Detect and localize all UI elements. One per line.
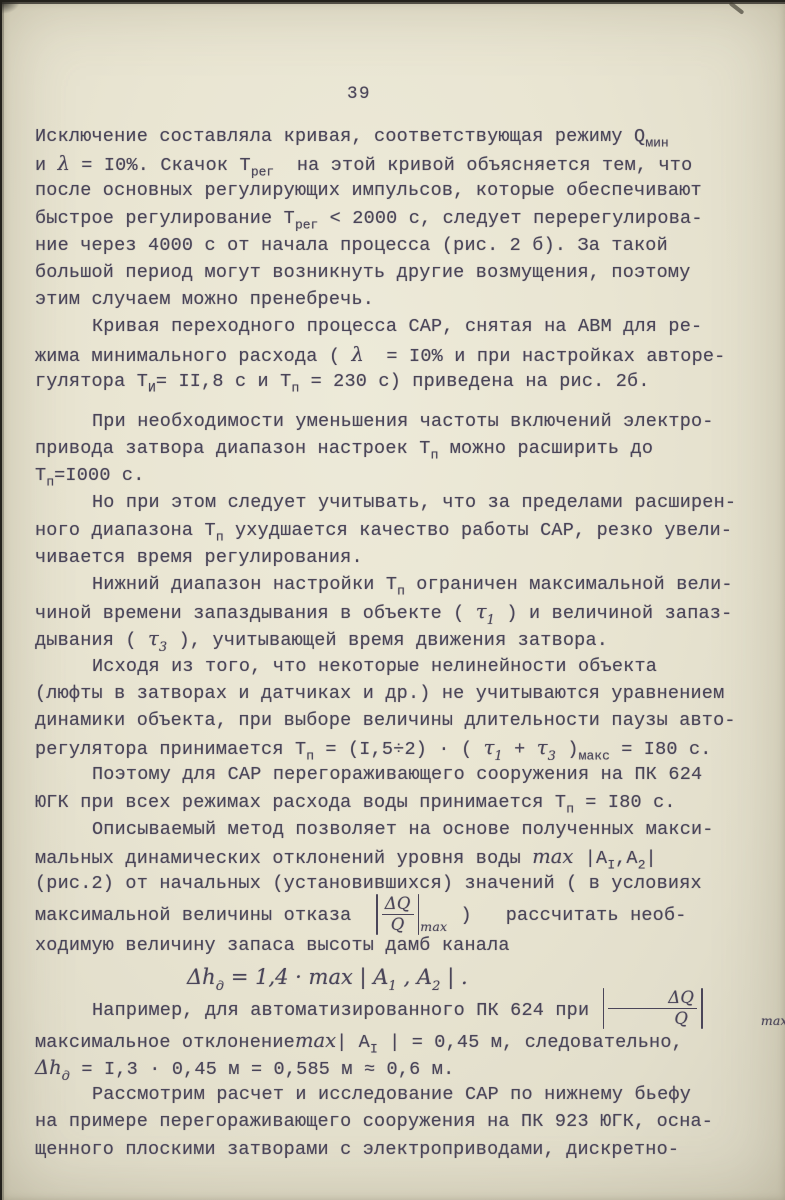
text-line: привода затвора диапазон настроек Тп мож… xyxy=(35,435,775,462)
text-run: =I000 с. xyxy=(54,465,144,486)
fraction-denominator: Q xyxy=(608,1009,697,1028)
scan-edge-top xyxy=(2,2,785,4)
text-line: этим случаем можно пренебречь. xyxy=(35,286,775,313)
text-run: щенного плоскими затворами с электроприв… xyxy=(35,1139,679,1160)
text-run: этим случаем можно пренебречь. xyxy=(35,289,374,310)
subscript: п xyxy=(46,475,54,490)
text-run: гулятора Т xyxy=(35,371,148,392)
text-run: Исключение составляла кривая, соответств… xyxy=(35,126,645,147)
text-run: | A xyxy=(336,1032,370,1053)
text-line: и λ = I0%. Скачок Трег на этой кривой об… xyxy=(35,150,775,177)
fraction-right-bar xyxy=(701,988,703,1029)
text-run: ) и величиной запаз- xyxy=(495,603,732,624)
text-line: гулятора ТИ= II,8 с и Тп = 230 с) привед… xyxy=(35,368,775,395)
handwritten-symbol: Δh xyxy=(187,965,216,989)
text-run: < 2000 с, следует перерегулирова- xyxy=(318,208,702,229)
text-line: Например, для автоматизированного ПК 624… xyxy=(35,997,775,1024)
text-line: регулятора принимается Тп = (I,5÷2) · ( … xyxy=(35,734,775,761)
fraction-right-bar xyxy=(418,894,420,935)
text-line: ного диапазона Тп ухудшается качество ра… xyxy=(35,517,775,544)
text-run: Рассмотрим расчет и исследование САР по … xyxy=(92,1084,691,1105)
subscript: п xyxy=(216,529,224,544)
fraction-stack: ΔQQ xyxy=(608,989,697,1028)
text-run: |A xyxy=(573,848,607,869)
handwritten-symbol: τ xyxy=(537,736,548,759)
handwritten-symbol: = 1,4 · max | A xyxy=(224,965,388,989)
text-line: Исходя из того, что некоторые нелинейнос… xyxy=(35,653,775,680)
text-run: = I0% и при настройках авторе- xyxy=(364,346,726,367)
text-run: ) xyxy=(556,739,579,760)
text-run: ухудшается качество работы САР, резко ув… xyxy=(224,520,733,541)
text-line: Δhд = I,3 · 0,45 м = 0,585 м ≈ 0,6 м. xyxy=(35,1054,775,1081)
text-run: ,A xyxy=(615,848,638,869)
text-block: Исключение составляла кривая, соответств… xyxy=(35,123,775,1163)
text-run: мальных динамических отклонений уровня в… xyxy=(35,848,532,869)
fraction-denominator: Q xyxy=(382,915,414,934)
page-number: 39 xyxy=(347,84,371,104)
text-run: Поэтому для САР перегораживающего сооруж… xyxy=(92,764,702,785)
fraction-subscript: max xyxy=(420,913,447,940)
text-line: динамики объекта, при выборе величины дл… xyxy=(35,707,775,734)
text-line: Нижний диапазон настройки Тп ограничен м… xyxy=(35,571,775,598)
handwritten-symbol: λ xyxy=(351,343,363,366)
text-run: после основных регулирующих импульсов, к… xyxy=(35,180,702,201)
text-line: Описываемый метод позволяет на основе по… xyxy=(35,816,775,843)
text-line: чиной времени запаздывания в объекте ( τ… xyxy=(35,598,775,625)
fraction-numerator: ΔQ xyxy=(608,989,697,1009)
subscript: И xyxy=(148,380,156,395)
text-line: Исключение составляла кривая, соответств… xyxy=(35,123,775,150)
text-run: чиной времени запаздывания в объекте ( xyxy=(35,603,476,624)
text-run: Т xyxy=(35,465,46,486)
text-run: = I0%. Скачок Т xyxy=(70,155,251,176)
handwritten-subscript: 1 xyxy=(388,979,396,994)
text-run: дывания ( xyxy=(35,630,148,651)
text-line: (люфты в затворах и датчиках и др.) не у… xyxy=(35,680,775,707)
text-run: = I80 с. xyxy=(610,739,712,760)
text-run: динамики объекта, при выборе величины дл… xyxy=(35,710,736,731)
text-run: максимальной величины отказа xyxy=(35,905,374,926)
text-run: = 230 с) приведена на рис. 2б. xyxy=(299,371,649,392)
fraction-left-bar xyxy=(376,894,378,935)
text-run: и xyxy=(35,155,58,176)
fraction-formula: ΔQQmax xyxy=(376,894,447,935)
text-run: Но при этом следует учитывать, что за пр… xyxy=(92,492,736,513)
text-line: после основных регулирующих импульсов, к… xyxy=(35,177,775,204)
text-line: на примере перегораживающего сооружения … xyxy=(35,1108,775,1135)
text-run: привода затвора диапазон настроек Т xyxy=(35,438,431,459)
text-line: ние через 4000 с от начала процесса (рис… xyxy=(35,232,775,259)
handwritten-symbol: max xyxy=(532,845,573,868)
handwritten-symbol: λ xyxy=(58,152,70,175)
text-run: большой период могут возникнуть другие в… xyxy=(35,262,691,283)
text-run: регулятора принимается Т xyxy=(35,739,306,760)
text-run: ), учитывающей время движения затвора. xyxy=(167,630,608,651)
text-run: ограничен максимальной вели- xyxy=(405,574,733,595)
text-run: | = 0,45 м, следовательно, xyxy=(378,1032,683,1053)
text-line: При необходимости уменьшения частоты вкл… xyxy=(35,408,775,435)
subscript: п xyxy=(566,801,574,816)
text-line: Рассмотрим расчет и исследование САР по … xyxy=(35,1081,775,1108)
text-run: ) рассчитать необ- xyxy=(449,905,686,926)
handwritten-symbol: τ xyxy=(484,736,495,759)
text-line: жима минимального расхода ( λ = I0% и пр… xyxy=(35,341,775,368)
text-line: Тп=I000 с. xyxy=(35,462,775,489)
handwritten-symbol: τ xyxy=(476,600,487,623)
fraction-numerator: ΔQ xyxy=(382,895,414,915)
text-run: ние через 4000 с от начала процесса (рис… xyxy=(35,235,668,256)
handwritten-symbol: max xyxy=(295,1029,336,1052)
subscript: п xyxy=(397,584,405,599)
text-run: Нижний диапазон настройки Т xyxy=(92,574,397,595)
text-run: Описываемый метод позволяет на основе по… xyxy=(92,819,714,840)
text-run: можно расширить до xyxy=(438,438,653,459)
handwritten-symbol: τ xyxy=(148,627,159,650)
text-run: ного диапазона Т xyxy=(35,520,216,541)
text-line: большой период могут возникнуть другие в… xyxy=(35,259,775,286)
handwritten-subscript: 2 xyxy=(432,979,440,994)
scan-artifact-mark xyxy=(729,1,745,15)
text-run: (рис.2) от начальных (установившихся) зн… xyxy=(35,873,702,894)
subscript: рег xyxy=(295,217,318,232)
scan-corner-smudge xyxy=(2,2,20,14)
text-line: максимальной величины отказа ΔQQmax ) ра… xyxy=(35,902,775,929)
text-run: Например, для автоматизированного ПК 624… xyxy=(92,1000,601,1021)
subscript: мин xyxy=(645,136,668,151)
text-run: Исходя из того, что некоторые нелинейнос… xyxy=(92,656,657,677)
text-run: жима минимального расхода ( xyxy=(35,346,351,367)
text-run: Кривая переходного процесса САР, снятая … xyxy=(92,316,702,337)
document-page: 39 Исключение составляла кривая, соответ… xyxy=(2,2,785,1200)
handwritten-symbol: , A xyxy=(397,965,432,989)
text-line: щенного плоскими затворами с электроприв… xyxy=(35,1136,775,1163)
text-run: = I,3 · 0,45 м = 0,585 м ≈ 0,6 м. xyxy=(70,1059,454,1080)
fraction-stack: ΔQQ xyxy=(382,895,414,934)
handwritten-subscript: д xyxy=(62,1069,70,1084)
text-line: Но при этом следует учитывать, что за пр… xyxy=(35,489,775,516)
text-line: ходимую величину запаса высоты дамб кана… xyxy=(35,932,775,959)
text-line: мальных динамических отклонений уровня в… xyxy=(35,843,775,870)
text-run: чивается время регулирования. xyxy=(35,547,363,568)
text-run: (люфты в затворах и датчиках и др.) не у… xyxy=(35,683,724,704)
text-run: При необходимости уменьшения частоты вкл… xyxy=(92,411,714,432)
text-line: Поэтому для САР перегораживающего сооруж… xyxy=(35,761,775,788)
text-line: Кривая переходного процесса САР, снятая … xyxy=(35,313,775,340)
text-run: быстрое регулирование Т xyxy=(35,208,295,229)
text-run: | xyxy=(646,848,657,869)
text-run: + xyxy=(503,739,537,760)
text-run: = I80 с. xyxy=(574,792,676,813)
text-run: на примере перегораживающего сооружения … xyxy=(35,1111,713,1132)
fraction-left-bar xyxy=(603,988,605,1029)
handwritten-symbol: Δh xyxy=(35,1056,62,1079)
text-run: = (I,5÷2) · ( xyxy=(314,739,484,760)
text-run: на этой кривой объясняется тем, что xyxy=(274,155,692,176)
scan-edge-left xyxy=(2,2,4,1200)
handwritten-subscript: д xyxy=(216,979,224,994)
text-line: чивается время регулирования. xyxy=(35,544,775,571)
text-line: максимальное отклонениеmax| AI | = 0,45 … xyxy=(35,1027,775,1054)
text-line: быстрое регулирование Трег < 2000 с, сле… xyxy=(35,205,775,232)
text-line: ЮГК при всех режимах расхода воды приним… xyxy=(35,789,775,816)
fraction-formula: ΔQQmax xyxy=(603,988,785,1029)
text-run: = II,8 с и Т xyxy=(156,371,292,392)
text-run: ЮГК при всех режимах расхода воды приним… xyxy=(35,792,566,813)
handwritten-symbol: | . xyxy=(441,965,468,989)
text-line: дывания ( τ3 ), учитывающей время движен… xyxy=(35,625,775,652)
fraction-subscript: max xyxy=(704,1007,785,1034)
text-run: максимальное отклонение xyxy=(35,1032,295,1053)
